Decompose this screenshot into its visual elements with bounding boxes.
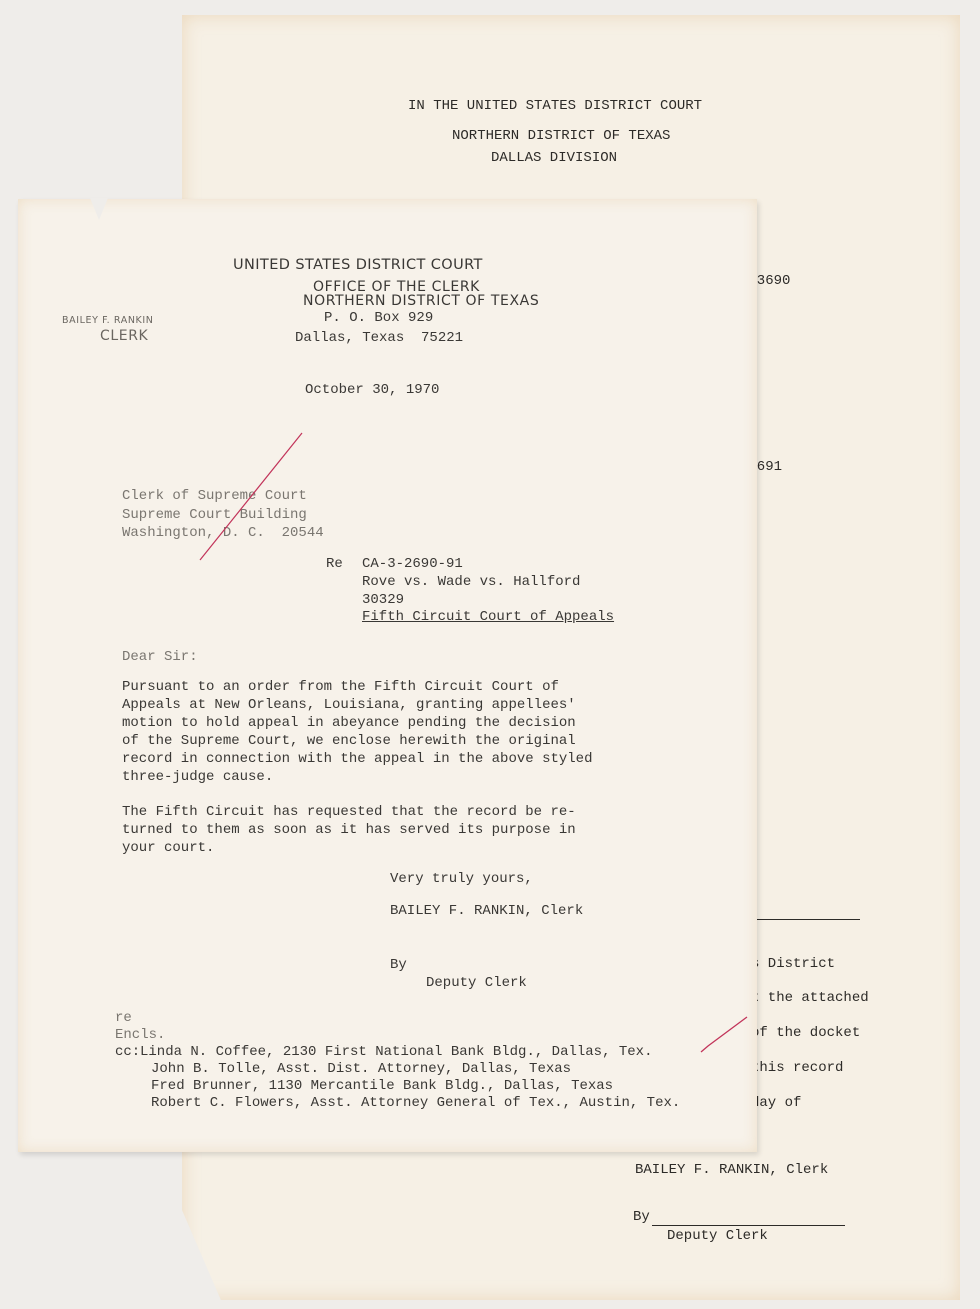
back-heading-district: NORTHERN DISTRICT OF TEXAS	[452, 128, 670, 144]
letterhead-clerk-title: CLERK	[100, 328, 148, 344]
enclosures-label: Encls.	[115, 1027, 165, 1043]
re-label: Re	[326, 556, 343, 572]
cc-label: cc:	[115, 1044, 140, 1060]
paragraph-1-line: motion to hold appeal in abeyance pendin…	[122, 715, 576, 731]
paragraph-1-line: Appeals at New Orleans, Louisiana, grant…	[122, 697, 576, 713]
back-cert-line-1: s District	[751, 956, 835, 972]
by-label: By	[390, 957, 407, 973]
letterhead-clerk-name: BAILEY F. RANKIN	[62, 315, 153, 326]
letterhead-po-box: P. O. Box 929	[324, 310, 433, 326]
re-case-number: CA-3-2690-91	[362, 556, 463, 572]
typist-initials: re	[115, 1010, 132, 1026]
paragraph-2-line: The Fifth Circuit has requested that the…	[122, 804, 576, 820]
signature-name: BAILEY F. RANKIN, Clerk	[390, 903, 583, 919]
back-by-label: By	[633, 1209, 650, 1225]
back-cert-line-4: this record	[751, 1060, 843, 1076]
letter-date: October 30, 1970	[305, 382, 439, 398]
back-signature-line-top	[757, 919, 860, 920]
paragraph-1-line: three-judge cause.	[122, 769, 273, 785]
back-heading-division: DALLAS DIVISION	[491, 150, 617, 166]
paper-notch	[90, 198, 108, 220]
back-deputy-label: Deputy Clerk	[667, 1228, 768, 1244]
front-page-letter: United States District Court OFFICE OF T…	[18, 199, 757, 1152]
paragraph-1-line: record in connection with the appeal in …	[122, 751, 592, 767]
back-cert-line-5: day of	[751, 1095, 801, 1111]
addressee-line-1: Clerk of Supreme Court	[122, 488, 307, 504]
letterhead-city: Dallas, Texas 75221	[295, 330, 463, 346]
back-heading-court: IN THE UNITED STATES DISTRICT COURT	[408, 98, 702, 114]
back-cert-line-2: t the attached	[751, 990, 869, 1006]
deputy-clerk-label: Deputy Clerk	[426, 975, 527, 991]
back-signature-name: BAILEY F. RANKIN, Clerk	[635, 1162, 828, 1178]
back-deputy-signature-line	[652, 1225, 845, 1226]
paragraph-2-line: your court.	[122, 840, 214, 856]
paragraph-2-line: turned to them as soon as it has served …	[122, 822, 576, 838]
addressee-line-3: Washington, D. C. 20544	[122, 525, 324, 541]
cc-recipient-4: Robert C. Flowers, Asst. Attorney Genera…	[151, 1095, 680, 1111]
back-cert-line-3: of the docket	[751, 1025, 860, 1041]
cc-recipient-2: John B. Tolle, Asst. Dist. Attorney, Dal…	[151, 1061, 571, 1077]
letterhead-court-name: United States District Court	[233, 257, 483, 273]
paragraph-1-line: of the Supreme Court, we enclose herewit…	[122, 733, 576, 749]
paragraph-1-line: Pursuant to an order from the Fifth Circ…	[122, 679, 559, 695]
salutation: Dear Sir:	[122, 649, 198, 665]
closing: Very truly yours,	[390, 871, 533, 887]
re-case-name: Rove vs. Wade vs. Hallford	[362, 574, 580, 590]
cc-recipient-1: Linda N. Coffee, 2130 First National Ban…	[140, 1044, 652, 1060]
letterhead-district: Northern District of Texas	[303, 293, 539, 309]
cc-recipient-3: Fred Brunner, 1130 Mercantile Bank Bldg.…	[151, 1078, 613, 1094]
re-court: Fifth Circuit Court of Appeals	[362, 609, 614, 625]
addressee-line-2: Supreme Court Building	[122, 507, 307, 523]
re-docket-number: 30329	[362, 592, 404, 608]
